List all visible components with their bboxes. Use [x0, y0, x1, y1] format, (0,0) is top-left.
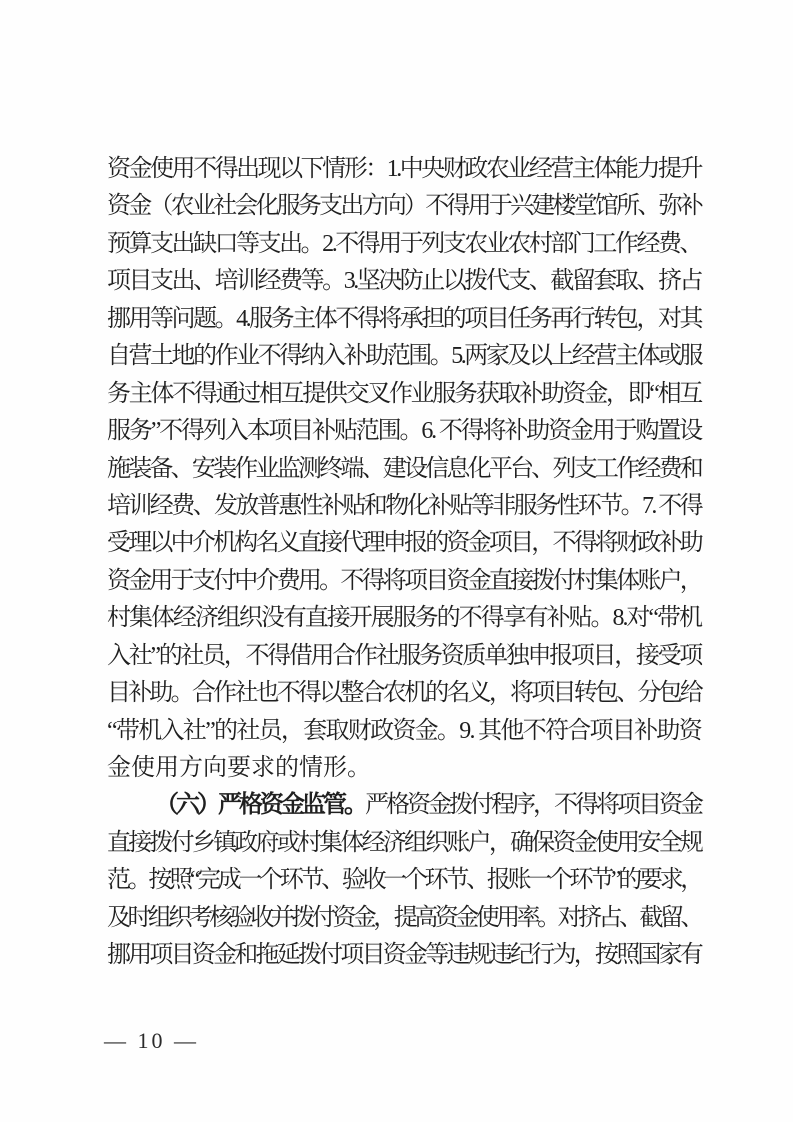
text-line: 入社”的社员，不得借用合作社服务资质单独申报项目，接受项	[107, 638, 701, 675]
page-number: — 10 —	[104, 1028, 199, 1054]
text-line: 项目支出、培训经费等。3.坚决防止以拨代支、截留套取、挤占	[107, 263, 701, 300]
text-line: “带机入社”的社员，套取财政资金。9. 其他不符合项目补助资	[107, 713, 701, 750]
text-line: 挪用等问题。4.服务主体不得将承担的项目任务再行转包，对其	[107, 301, 701, 338]
text-line: 直接拨付乡镇政府或村集体经济组织账户，确保资金使用安全规	[107, 825, 701, 862]
text-line: 资金使用不得出现以下情形：1.中央财政农业经营主体能力提升	[107, 151, 701, 188]
text-line-content: 资金（农业社会化服务支出方向）不得用于兴建楼堂馆所、弥补	[107, 188, 701, 225]
text-line: 自营土地的作业不得纳入补助范围。5.两家及以上经营主体或服	[107, 338, 701, 375]
text-line-content: 目补助。合作社也不得以整合农机的名义，将项目转包、分包给	[107, 675, 701, 712]
text-line-content: 资金使用不得出现以下情形：1.中央财政农业经营主体能力提升	[107, 151, 701, 188]
text-line: 挪用项目资金和拖延拨付项目资金等违规违纪行为，按照国家有	[107, 937, 701, 974]
text-line-content: 预算支出缺口等支出。2.不得用于列支农业农村部门工作经费、	[107, 226, 701, 263]
text-line-content: 培训经费、发放普惠性补贴和物化补贴等非服务性环节。7. 不得	[107, 488, 701, 525]
text-line: 金使用方向要求的情形。	[107, 750, 701, 787]
text-line: 及时组织考核验收并拨付资金，提高资金使用率。对挤占、截留、	[107, 900, 701, 937]
text-line: 培训经费、发放普惠性补贴和物化补贴等非服务性环节。7. 不得	[107, 488, 701, 525]
text-line-content: 直接拨付乡镇政府或村集体经济组织账户，确保资金使用安全规	[107, 825, 701, 862]
text-line: 受理以中介机构名义直接代理申报的资金项目，不得将财政补助	[107, 525, 701, 562]
text-line-content: 金使用方向要求的情形。	[107, 750, 371, 787]
text-line-content: 村集体经济组织没有直接开展服务的不得享有补贴。8.对“带机	[107, 600, 701, 637]
document-body: 资金使用不得出现以下情形：1.中央财政农业经营主体能力提升 资金（农业社会化服务…	[107, 151, 701, 975]
text-line: 范。按照“完成一个环节、验收一个环节、报账一个环节”的要求，	[107, 862, 701, 899]
document-page: 资金使用不得出现以下情形：1.中央财政农业经营主体能力提升 资金（农业社会化服务…	[0, 0, 793, 1122]
paragraph-six: （六）严格资金监管。严格资金拨付程序，不得将项目资金 直接拨付乡镇政府或村集体经…	[107, 787, 701, 974]
text-line-content: 项目支出、培训经费等。3.坚决防止以拨代支、截留套取、挤占	[107, 263, 701, 300]
text-line: 村集体经济组织没有直接开展服务的不得享有补贴。8.对“带机	[107, 600, 701, 637]
paragraph-six-first-line-text: 严格资金拨付程序，不得将项目资金	[365, 792, 701, 818]
text-line: 资金（农业社会化服务支出方向）不得用于兴建楼堂馆所、弥补	[107, 188, 701, 225]
text-line: 目补助。合作社也不得以整合农机的名义，将项目转包、分包给	[107, 675, 701, 712]
text-line-content: 施装备、安装作业监测终端、建设信息化平台、列支工作经费和	[107, 451, 701, 488]
text-line: 施装备、安装作业监测终端、建设信息化平台、列支工作经费和	[107, 451, 701, 488]
text-line-content: “带机入社”的社员，套取财政资金。9. 其他不符合项目补助资	[107, 713, 701, 750]
text-line-content: 范。按照“完成一个环节、验收一个环节、报账一个环节”的要求，	[107, 862, 701, 899]
paragraph-indent	[107, 811, 155, 812]
text-line-content: （六）严格资金监管。严格资金拨付程序，不得将项目资金	[107, 787, 701, 824]
text-line-content: 务主体不得通过相互提供交叉作业服务获取补助资金，即“相互	[107, 376, 701, 413]
text-line: 务主体不得通过相互提供交叉作业服务获取补助资金，即“相互	[107, 376, 701, 413]
text-line: 服务”不得列入本项目补贴范围。6. 不得将补助资金用于购置设	[107, 413, 701, 450]
text-line: 预算支出缺口等支出。2.不得用于列支农业农村部门工作经费、	[107, 226, 701, 263]
text-line-content: 挪用等问题。4.服务主体不得将承担的项目任务再行转包，对其	[107, 301, 701, 338]
text-line: 资金用于支付中介费用。不得将项目资金直接拨付村集体账户，	[107, 563, 701, 600]
text-line-content: 服务”不得列入本项目补贴范围。6. 不得将补助资金用于购置设	[107, 413, 701, 450]
paragraph-six-heading: （六）严格资金监管。	[155, 792, 365, 818]
text-line-content: 资金用于支付中介费用。不得将项目资金直接拨付村集体账户，	[107, 563, 701, 600]
paragraph-continuation: 资金使用不得出现以下情形：1.中央财政农业经营主体能力提升 资金（农业社会化服务…	[107, 151, 701, 787]
text-line-content: 入社”的社员，不得借用合作社服务资质单独申报项目，接受项	[107, 638, 701, 675]
text-line-content: 自营土地的作业不得纳入补助范围。5.两家及以上经营主体或服	[107, 338, 701, 375]
text-line: （六）严格资金监管。严格资金拨付程序，不得将项目资金	[107, 787, 701, 824]
text-line-content: 挪用项目资金和拖延拨付项目资金等违规违纪行为，按照国家有	[107, 937, 701, 974]
text-line-content: 及时组织考核验收并拨付资金，提高资金使用率。对挤占、截留、	[107, 900, 701, 937]
text-line-content: 受理以中介机构名义直接代理申报的资金项目，不得将财政补助	[107, 525, 701, 562]
